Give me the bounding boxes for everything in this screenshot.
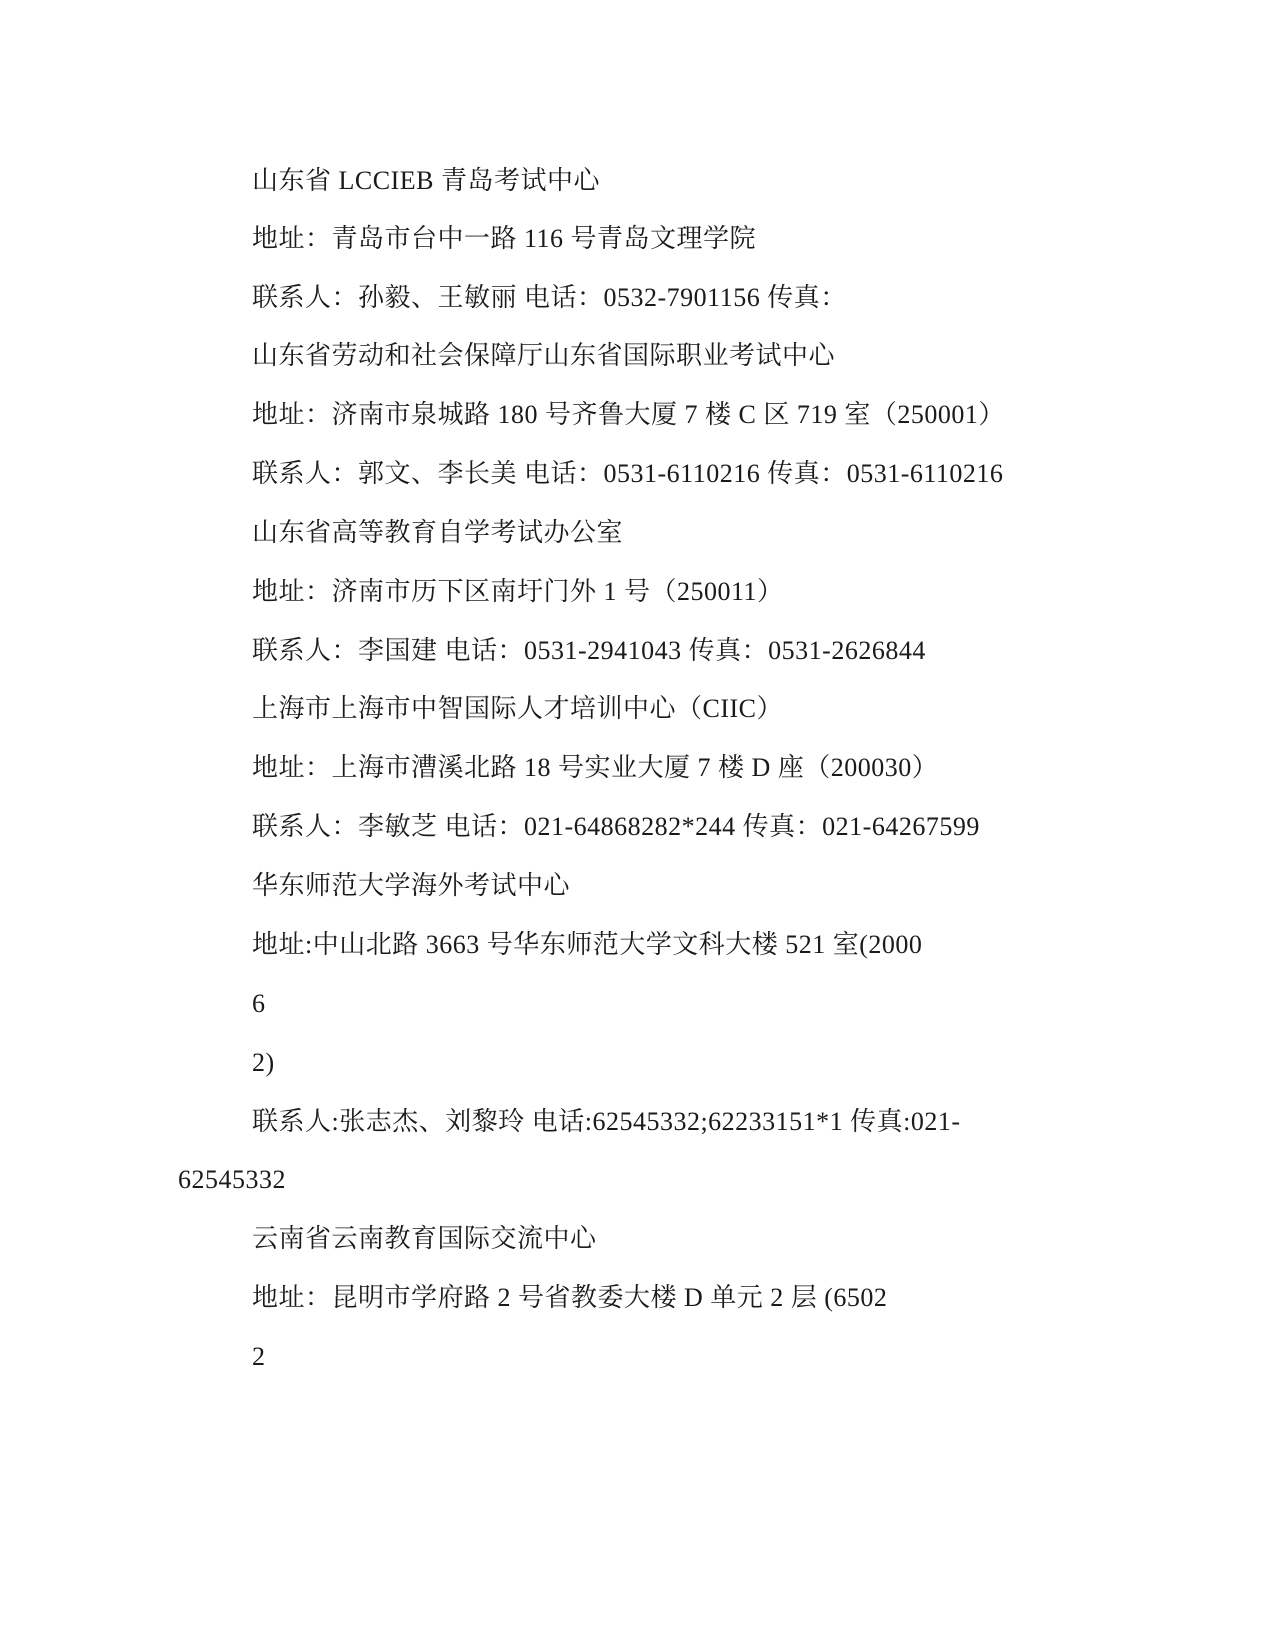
contact-continuation: 62545332: [178, 1164, 286, 1196]
address-fragment: 2: [252, 1341, 266, 1373]
address-line: 地址：昆明市学府路 2 号省教委大楼 D 单元 2 层 (6502: [252, 1282, 887, 1314]
address-line: 地址：青岛市台中一路 116 号青岛文理学院: [252, 223, 756, 255]
contact-line: 联系人：李敏芝 电话：021-64868282*244 传真：021-64267…: [252, 811, 980, 843]
contact-line: 联系人：郭文、李长美 电话：0531-6110216 传真：0531-61102…: [252, 458, 1003, 490]
document-page: 山东省 LCCIEB 青岛考试中心 地址：青岛市台中一路 116 号青岛文理学院…: [0, 0, 1275, 1650]
org-name-shanghai-ciic: 上海市上海市中智国际人才培训中心（CIIC）: [252, 693, 783, 725]
org-name-yunnan: 云南省云南教育国际交流中心: [252, 1223, 597, 1255]
org-name-shandong-labor: 山东省劳动和社会保障厅山东省国际职业考试中心: [252, 340, 835, 372]
contact-line: 联系人:张志杰、刘黎玲 电话:62545332;62233151*1 传真:02…: [252, 1106, 961, 1138]
org-name-shandong-selfstudy: 山东省高等教育自学考试办公室: [252, 517, 623, 549]
address-fragment: 2): [252, 1047, 275, 1079]
address-fragment: 6: [252, 988, 266, 1020]
contact-line: 联系人：李国建 电话：0531-2941043 传真：0531-2626844: [252, 635, 926, 667]
address-line: 地址：济南市泉城路 180 号齐鲁大厦 7 楼 C 区 719 室（250001…: [252, 399, 1005, 431]
address-line: 地址：上海市漕溪北路 18 号实业大厦 7 楼 D 座（200030）: [252, 752, 938, 784]
contact-line: 联系人：孙毅、王敏丽 电话：0532-7901156 传真：: [252, 282, 847, 314]
address-line: 地址:中山北路 3663 号华东师范大学文科大楼 521 室(2000: [252, 929, 922, 961]
org-name-ecnu: 华东师范大学海外考试中心: [252, 870, 570, 902]
address-line: 地址：济南市历下区南圩门外 1 号（250011）: [252, 576, 784, 608]
org-name-qingdao-lcci: 山东省 LCCIEB 青岛考试中心: [252, 165, 600, 197]
